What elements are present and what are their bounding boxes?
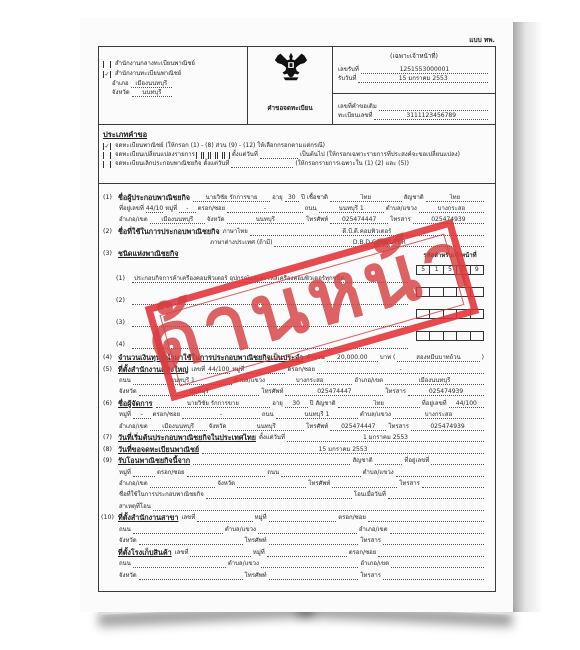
branch-no-field <box>197 514 252 522</box>
address-no-label: ที่อยู่เลขที่ <box>403 457 430 465</box>
office-registrar-checkbox: ✓ <box>103 71 111 78</box>
section-number: (3) <box>103 250 118 258</box>
province-label: จังหวัด <box>216 480 236 488</box>
fax-label: โทรสาร <box>398 480 421 488</box>
owner-age-field: 30 <box>285 194 299 202</box>
thai-name-label: ภาษาไทย <box>222 228 249 236</box>
moo-label: หมู่ที่ <box>164 205 178 213</box>
transfer-province-field <box>237 480 306 488</box>
office-registrar-label: สำนักงานทะเบียนพาณิชย์ <box>114 70 182 78</box>
section-number: (1) <box>103 194 118 202</box>
business-code-boxes <box>416 331 484 341</box>
item-number: (3) <box>116 319 131 327</box>
transfer-reason-label: สาเหตุที่โอน <box>118 503 152 511</box>
transfer-business-name-row: ชื่อที่ใช้ในการประกอบพาณิชยกิจ โอนเมื่อว… <box>118 489 485 499</box>
code-digit <box>444 332 457 340</box>
warehouse-phone-field <box>269 572 359 580</box>
office-province-row: จังหวัด นนทบุรี <box>111 87 173 97</box>
transfer-row: (9) รับโอนพาณิชยกิจนี้จาก สัญชาติ ที่อยู… <box>103 455 485 465</box>
section-number: (2) <box>103 228 118 236</box>
branch-road-row: ถนน ตำบล/แขวง อำเภอ/เขต <box>118 524 485 534</box>
receipt-date-label: รับวันที่ <box>337 75 357 83</box>
nationality-label: สัญชาติ <box>351 457 373 465</box>
capital-words-field: สองหมื่นบาทถ้วน <box>397 354 479 362</box>
branch-moo-field <box>269 514 337 522</box>
phone-label: โทรศัพท์ <box>244 537 268 545</box>
officer-only-caption: (เฉพาะเจ้าหน้าที่) <box>333 51 495 61</box>
section-number: (8) <box>103 446 118 454</box>
amphoe-label: อำเภอ/เขต <box>118 423 149 431</box>
transfer-address-no-field <box>431 457 484 465</box>
branch-province-row: จังหวัด โทรศัพท์ โทรสาร <box>118 535 485 545</box>
registration-no-label: ทะเบียนเลขที่ <box>337 112 373 120</box>
road-label: ถนน <box>266 469 280 477</box>
receipt-date-field: 15 มกราคม 2553 <box>358 75 488 83</box>
section-divider <box>99 183 495 184</box>
soi-label: ตรอก/ซอย <box>197 205 227 213</box>
province-label: จังหวัด <box>206 216 226 224</box>
currency-label: บาท <box>379 354 392 362</box>
warehouse-tambon-field <box>261 560 359 568</box>
owner-title: ชื่อผู้ประกอบพาณิชยกิจ <box>118 193 190 202</box>
tambon-label: ตำบล/แขวง <box>385 205 418 213</box>
section-number: (5) <box>103 366 118 374</box>
phone-label: โทรศัพท์ <box>305 423 329 431</box>
amphoe-label: อำเภอ/เขต <box>359 560 390 568</box>
head-office-tambon-field: บางกระสอ <box>267 377 352 385</box>
owner-race-field: ไทย <box>330 194 402 202</box>
soi-label: ตรอก/ซอย <box>348 549 378 557</box>
province-label: จังหวัด <box>208 423 228 431</box>
office-central-label: สำนักงานกลางทะเบียนพาณิชย์ <box>114 60 196 68</box>
manager-address-row: หมู่ที่ - ตรอก/ซอย - ถนน นนทบุรี 1 ตำบล/… <box>118 409 485 419</box>
transfer-business-name-field <box>206 491 352 499</box>
page-right-shadow <box>511 22 543 612</box>
branch-soi-field <box>368 514 484 522</box>
manager-amphoe-field: เมืองนนทบุรี <box>150 423 207 431</box>
owner-road-field: นนทบุรี 1 <box>319 205 384 213</box>
business-type-title: ชนิดแห่งพาณิชยกิจ <box>118 249 178 258</box>
office-option-registrar: ✓ สำนักงานทะเบียนพาณิชย์ <box>103 68 182 78</box>
office-province-field: นนทบุรี <box>132 89 172 97</box>
amphoe-label: อำเภอ/เขต <box>118 216 149 224</box>
warehouse-moo-field <box>267 549 347 557</box>
manager-age-field: 30 <box>285 400 308 408</box>
cancel-note: (ให้กรอกรายการเฉพาะใน (1) (2) และ (5)) <box>294 160 410 168</box>
code-digit <box>457 332 470 340</box>
receipt-date-row: รับวันที่ 15 มกราคม 2553 <box>337 73 489 83</box>
business-name-title: ชื่อที่ใช้ในการประกอบพาณิชยกิจ <box>118 227 220 236</box>
tambon-label: ตำบล/แขวง <box>362 469 395 477</box>
address-no-label: ที่อยู่เลขที่ <box>421 400 448 408</box>
open-paren: ( <box>392 354 396 362</box>
warehouse-no-field <box>190 549 250 557</box>
owner-moo-field: - <box>179 205 196 213</box>
garuda-emblem-icon <box>272 51 310 81</box>
moo-label: หมู่ที่ <box>118 469 132 477</box>
no-label: เลขที่ <box>180 514 196 522</box>
transfer-district-row: อำเภอ/เขต จังหวัด โทรศัพท์ โทรสาร <box>118 478 485 488</box>
officer-cell: (เฉพาะเจ้าหน้าที่) เลขรับที่ 12515530000… <box>333 47 495 124</box>
warehouse-road-row: ถนน ตำบล/แขวง อำเภอ/เขต <box>118 558 485 568</box>
office-central-checkbox <box>103 61 111 68</box>
warehouse-fax-field <box>383 572 484 580</box>
amphoe-label: อำเภอ/เขต <box>118 480 149 488</box>
request-date-row: (8) วันที่ขอจดทะเบียนพาณิชย์ 15 มกราคม 2… <box>103 444 485 454</box>
manager-name-field: นายวิชัย รักการขาย <box>156 400 271 408</box>
fax-label: โทรสาร <box>359 537 382 545</box>
province-label: จังหวัด <box>118 537 138 545</box>
request-cancel-option: จดทะเบียนเลิกประกอบพาณิชยกิจ ตั้งแต่วันท… <box>103 158 410 168</box>
manager-tambon-field: บางกระสอ <box>393 411 484 419</box>
request-cancel-checkbox <box>103 161 111 168</box>
cancel-since-label: ตั้งแต่วันที่ <box>202 160 230 168</box>
branch-road-field <box>133 526 223 534</box>
road-label: ถนน <box>118 377 132 385</box>
manager-province-field: นนทบุรี <box>228 423 304 431</box>
office-cell: สำนักงานกลางทะเบียนพาณิชย์ ✓ สำนักงานทะเ… <box>99 47 247 124</box>
province-label: จังหวัด <box>118 572 138 580</box>
tambon-label: ตำบล/แขวง <box>359 411 392 419</box>
section-number: (7) <box>103 434 118 442</box>
tambon-label: ตำบล/แขวง <box>224 526 257 534</box>
transfer-address-row: หมู่ที่ ตรอก/ซอย ถนน ตำบล/แขวง <box>118 467 485 477</box>
owner-phone-field: 025474447 <box>330 216 388 224</box>
owner-address-no-field: 44/100 <box>146 205 163 213</box>
road-label: ถนน <box>118 526 132 534</box>
section-number: (4) <box>103 354 118 362</box>
head-office-phone-field: 025474447 <box>285 388 383 396</box>
transfer-date-label: โอนเมื่อวันที่ <box>353 491 387 499</box>
head-office-fax-field: 025474939 <box>408 388 484 396</box>
branch-tambon-field <box>258 526 357 534</box>
road-label: ถนน <box>261 411 275 419</box>
owner-soi-field: - <box>227 205 303 213</box>
manager-moo-field: - <box>133 411 151 419</box>
soi-label: ตรอก/ซอย <box>152 411 182 419</box>
code-digit <box>430 332 443 340</box>
transfer-road-field <box>281 469 361 477</box>
phone-label: โทรศัพท์ <box>260 388 284 396</box>
warehouse-road-field <box>133 560 226 568</box>
branch-row: (10) ที่ตั้งสำนักงานสาขา เลขที่ หมู่ที่ … <box>101 512 485 522</box>
manager-road-field: นนทบุรี 1 <box>276 411 358 419</box>
owner-province-field: นนทบุรี <box>227 216 305 224</box>
transfer-nationality-field <box>375 457 403 465</box>
registration-no-row: ทะเบียนเลขที่ 3111123456789 <box>337 110 489 120</box>
capital-amount-field: 20,000.00 <box>327 354 378 362</box>
manager-district-row: อำเภอ/เขต เมืองนนทบุรี จังหวัด นนทบุรี โ… <box>118 421 485 431</box>
form-title: คำขอจดทะเบียน <box>248 103 332 113</box>
since-label: ตั้งแต่วันที่ <box>258 434 286 442</box>
transfer-date-field <box>388 491 484 499</box>
warehouse-title: ที่ตั้งโรงเก็บสินค้า <box>118 548 172 557</box>
start-date-row: (7) วันที่เริ่มต้นประกอบพาณิชยกิจในประเท… <box>103 432 485 442</box>
warehouse-province-field <box>139 572 243 580</box>
transfer-moo-field <box>133 469 155 477</box>
branch-amphoe-field <box>390 526 484 534</box>
soi-label: ตรอก/ซอย <box>156 469 186 477</box>
transfer-business-name-label: ชื่อที่ใช้ในการประกอบพาณิชยกิจ <box>118 491 205 499</box>
registration-no-field: 3111123456789 <box>374 112 488 120</box>
owner-amphoe-field: เมืองนนทบุรี <box>150 216 205 224</box>
transfer-soi-field <box>187 469 266 477</box>
soi-label: ตรอก/ซอย <box>337 514 367 522</box>
officer-cell-divider <box>333 93 495 94</box>
transfer-reason-field <box>153 503 484 511</box>
request-date-title: วันที่ขอจดทะเบียนพาณิชย์ <box>118 445 199 454</box>
transfer-reason-row: สาเหตุที่โอน <box>118 501 485 511</box>
start-date-field: 1 มกราคม 2553 <box>287 434 484 442</box>
emblem-cell: คำขอจดทะเบียน <box>247 47 333 124</box>
fax-label: โทรสาร <box>359 572 382 580</box>
foreign-name-label: ภาษาต่างประเทศ (ถ้ามี) <box>209 239 273 247</box>
phone-label: โทรศัพท์ <box>307 480 331 488</box>
warehouse-row: ที่ตั้งโรงเก็บสินค้า เลขที่ หมู่ที่ ตรอก… <box>118 547 485 557</box>
manager-phone-field: 025474447 <box>330 423 386 431</box>
branch-title: ที่ตั้งสำนักงานสาขา <box>118 513 178 522</box>
transfer-tambon-field <box>396 469 484 477</box>
branch-fax-field <box>383 537 484 545</box>
request-cancel-label: จดทะเบียนเลิกประกอบพาณิชยกิจ <box>114 160 202 168</box>
manager-title: ชื่อผู้จัดการ <box>118 399 153 408</box>
road-label: ถนน <box>118 560 132 568</box>
moo-label: หมู่ที่ <box>252 549 266 557</box>
section-number: (9) <box>103 457 118 465</box>
warehouse-province-row: จังหวัด โทรศัพท์ โทรสาร <box>118 570 485 580</box>
age-label: อายุ <box>271 194 284 202</box>
owner-row: (1) ชื่อผู้ประกอบพาณิชยกิจ นายวิชัย รักก… <box>103 192 485 202</box>
form-code: แบบ ทพ. <box>469 35 495 45</box>
fax-label: โทรสาร <box>387 423 410 431</box>
office-option-central: สำนักงานกลางทะเบียนพาณิชย์ <box>103 58 196 68</box>
phone-label: โทรศัพท์ <box>244 572 268 580</box>
transfer-fax-field <box>422 480 484 488</box>
tambon-label: ตำบล/แขวง <box>227 560 260 568</box>
nationality-label: สัญชาติ <box>314 400 336 408</box>
section-number: (10) <box>101 514 118 522</box>
owner-nationality-field: ไทย <box>426 194 484 202</box>
age-label: อายุ <box>271 400 284 408</box>
branch-province-field <box>139 537 243 545</box>
transfer-from-field <box>193 457 350 465</box>
owner-name-field: นายวิชัย รักการขาย <box>193 194 270 202</box>
head-office-amphoe-field: เมืองนนทบุรี <box>385 377 484 385</box>
warehouse-soi-field <box>378 549 484 557</box>
cancel-since-field <box>231 160 293 168</box>
section-number: (6) <box>103 400 118 408</box>
branch-phone-field <box>269 537 359 545</box>
item-number: (1) <box>116 275 131 283</box>
amphoe-label: อำเภอ/เขต <box>358 526 389 534</box>
address-no-label: ที่อยู่เลขที่ <box>118 205 145 213</box>
form-header: สำนักงานกลางทะเบียนพาณิชย์ ✓ สำนักงานทะเ… <box>99 47 495 125</box>
transfer-phone-field <box>332 480 397 488</box>
start-date-title: วันที่เริ่มต้นประกอบพาณิชยกิจในประเทศไทย <box>118 433 256 442</box>
request-date-field: 15 มกราคม 2553 <box>202 446 484 454</box>
manager-fax-field: 025474939 <box>411 423 484 431</box>
transfer-amphoe-field <box>150 480 216 488</box>
fax-label: โทรสาร <box>384 388 407 396</box>
amphoe-label: อำเภอ/เขต <box>353 377 384 385</box>
road-label: ถนน <box>304 205 318 213</box>
transfer-title: รับโอนพาณิชยกิจนี้จาก <box>118 456 190 465</box>
phone-label: โทรศัพท์ <box>305 216 329 224</box>
close-paren: ) <box>481 354 485 362</box>
manager-soi-field: - <box>182 411 260 419</box>
manager-address-no-field: 44/100 <box>449 400 484 408</box>
province-label: จังหวัด <box>118 388 138 396</box>
nationality-label: สัญชาติ <box>403 194 425 202</box>
warehouse-amphoe-field <box>391 560 484 568</box>
moo-label: หมู่ที่ <box>118 411 132 419</box>
moo-label: หมู่ที่ <box>254 514 268 522</box>
race-label: เชื้อชาติ <box>306 194 329 202</box>
code-digit <box>471 332 483 340</box>
no-label: เลขที่ <box>174 549 190 557</box>
item-number: (4) <box>116 341 131 349</box>
office-province-label: จังหวัด <box>111 89 131 97</box>
code-digit <box>417 332 430 340</box>
manager-nationality-field: ไทย <box>338 400 420 408</box>
head-office-soi-field: - <box>317 366 484 374</box>
